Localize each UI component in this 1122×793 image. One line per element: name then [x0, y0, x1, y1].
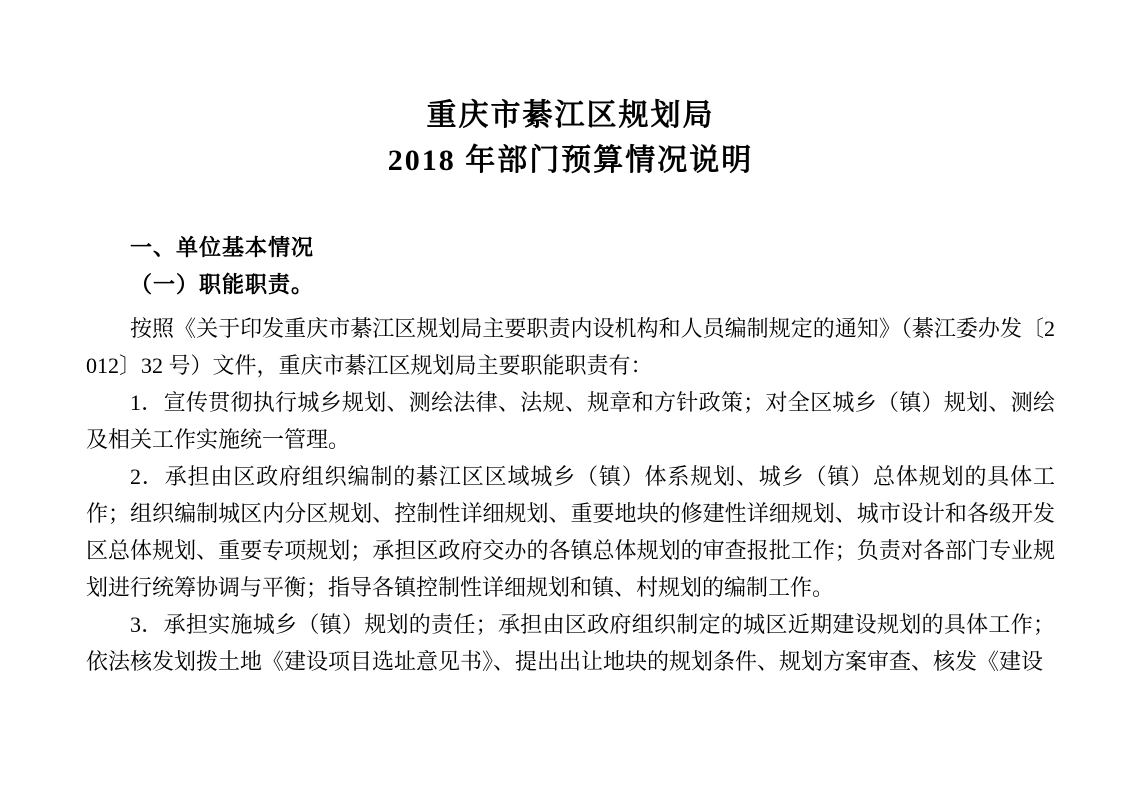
document-title-line-2: 2018 年部门预算情况说明: [86, 138, 1055, 183]
document-title: 重庆市綦江区规划局 2018 年部门预算情况说明: [86, 93, 1055, 183]
document-page: 重庆市綦江区规划局 2018 年部门预算情况说明 一、单位基本情况 （一）职能职…: [0, 0, 1122, 793]
paragraph-intro: 按照《关于印发重庆市綦江区规划局主要职责内设机构和人员编制规定的通知》（綦江委办…: [86, 310, 1055, 384]
document-title-line-1: 重庆市綦江区规划局: [86, 93, 1055, 138]
subsection-heading-duties: （一）职能职责。: [86, 266, 1055, 303]
paragraph-duty-2: 2．承担由区政府组织编制的綦江区区域城乡（镇）体系规划、城乡（镇）总体规划的具体…: [86, 458, 1055, 606]
paragraph-duty-1: 1．宣传贯彻执行城乡规划、测绘法律、法规、规章和方针政策；对全区城乡（镇）规划、…: [86, 384, 1055, 458]
section-heading-basic-info: 一、单位基本情况: [86, 229, 1055, 266]
document-body: 重庆市綦江区规划局 2018 年部门预算情况说明 一、单位基本情况 （一）职能职…: [86, 0, 1055, 680]
paragraph-duty-3: 3．承担实施城乡（镇）规划的责任；承担由区政府组织制定的城区近期建设规划的具体工…: [86, 606, 1055, 680]
